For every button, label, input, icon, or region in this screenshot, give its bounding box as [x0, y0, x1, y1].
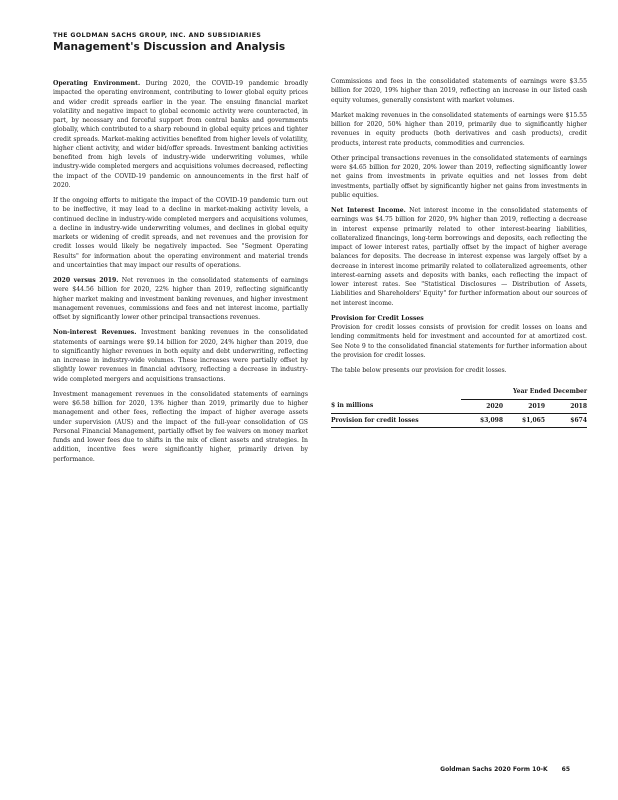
company-name: The Goldman Sachs Group, Inc. and Subsid… — [53, 32, 573, 40]
table-group-header: Year Ended December — [461, 385, 587, 399]
section-title: Management's Discussion and Analysis — [53, 41, 573, 54]
paragraph: Net Interest Income. Net interest income… — [331, 206, 587, 308]
paragraph: Market making revenues in the consolidat… — [331, 111, 587, 148]
right-column: Commissions and fees in the consolidated… — [331, 77, 587, 428]
paragraph-lead: Non-interest Revenues. — [53, 329, 136, 336]
paragraph: Investment management revenues in the co… — [53, 390, 308, 464]
paragraph-lead: 2020 versus 2019. — [53, 277, 118, 284]
footer-text: Goldman Sachs 2020 Form 10-K — [440, 766, 547, 773]
table-row: Provision for credit losses $3,098 $1,06… — [331, 413, 587, 427]
page-number: 65 — [562, 766, 570, 773]
paragraph-lead: Net Interest Income. — [331, 207, 406, 214]
paragraph: Other principal transactions revenues in… — [331, 154, 587, 200]
table-header-row: $ in millions 2020 2019 2018 — [331, 399, 587, 413]
paragraph-lead: Operating Environment. — [53, 80, 140, 87]
paragraph: Commissions and fees in the consolidated… — [331, 77, 587, 105]
provision-heading: Provision for Credit Losses — [331, 314, 587, 323]
left-column: Operating Environment. During 2020, the … — [53, 79, 308, 470]
provision-table: Year Ended December $ in millions 2020 2… — [331, 385, 587, 428]
paragraph: Non-interest Revenues. Investment bankin… — [53, 328, 308, 384]
paragraph: 2020 versus 2019. Net revenues in the co… — [53, 276, 308, 322]
page-footer: Goldman Sachs 2020 Form 10-K65 — [440, 766, 570, 773]
paragraph: The table below presents our provision f… — [331, 366, 587, 375]
paragraph: If the ongoing efforts to mitigate the i… — [53, 196, 308, 270]
page-header: The Goldman Sachs Group, Inc. and Subsid… — [53, 32, 573, 54]
paragraph: Operating Environment. During 2020, the … — [53, 79, 308, 190]
paragraph: Provision for credit losses consists of … — [331, 323, 587, 360]
